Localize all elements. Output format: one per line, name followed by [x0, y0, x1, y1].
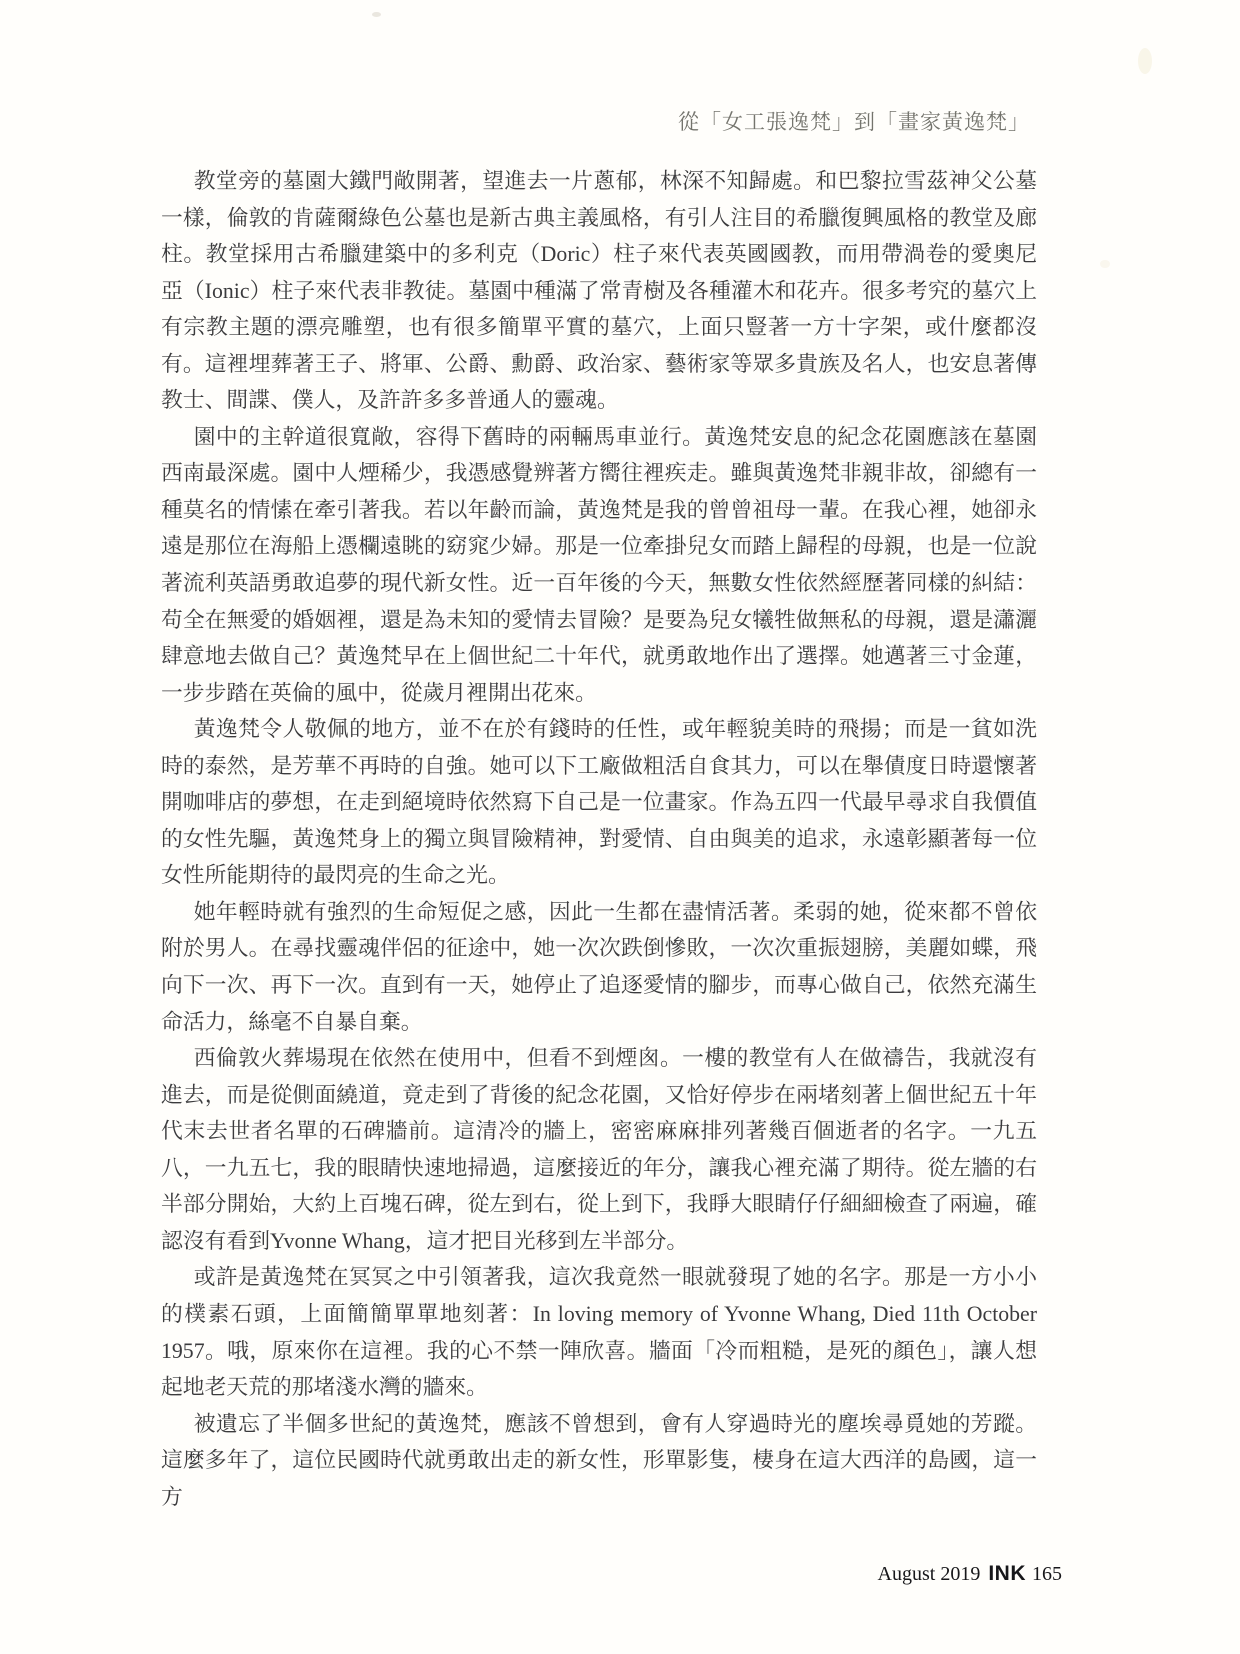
magazine-logo: INK — [988, 1562, 1026, 1585]
magazine-page: 從「女工張逸梵」到「畫家黃逸梵」 教堂旁的墓園大鐵門敞開著，望進去一片蔥郁，林深… — [0, 0, 1240, 1654]
issue-date: August 2019 — [878, 1563, 981, 1585]
article-paragraph: 被遺忘了半個多世紀的黃逸梵，應該不曾想到，會有人穿過時光的塵埃尋覓她的芳蹤。這麼… — [161, 1406, 1037, 1516]
article-paragraph: 她年輕時就有強烈的生命短促之感，因此一生都在盡情活著。柔弱的她，從來都不曾依附於… — [161, 894, 1037, 1040]
article-paragraph: 黃逸梵令人敬佩的地方，並不在於有錢時的任性，或年輕貌美時的飛揚；而是一貧如洗時的… — [161, 711, 1037, 894]
article-paragraph: 西倫敦火葬場現在依然在使用中，但看不到煙囪。一樓的教堂有人在做禱告，我就沒有進去… — [161, 1040, 1037, 1259]
page-number: 165 — [1032, 1563, 1062, 1585]
article-paragraph: 或許是黃逸梵在冥冥之中引領著我，這次我竟然一眼就發現了她的名字。那是一方小小的樸… — [161, 1259, 1037, 1405]
article-paragraph: 教堂旁的墓園大鐵門敞開著，望進去一片蔥郁，林深不知歸處。和巴黎拉雪茲神父公墓一樣… — [161, 163, 1037, 419]
article-paragraph: 園中的主幹道很寬敞，容得下舊時的兩輛馬車並行。黃逸梵安息的紀念花園應該在墓園西南… — [161, 419, 1037, 711]
running-header-title: 從「女工張逸梵」到「畫家黃逸梵」 — [678, 106, 1030, 136]
scan-artifact — [372, 12, 381, 17]
page-footer: August 2019INK165 — [878, 1562, 1062, 1586]
scan-artifact — [1138, 48, 1152, 74]
article-body: 教堂旁的墓園大鐵門敞開著，望進去一片蔥郁，林深不知歸處。和巴黎拉雪茲神父公墓一樣… — [161, 163, 1037, 1515]
scan-artifact — [1100, 260, 1110, 268]
